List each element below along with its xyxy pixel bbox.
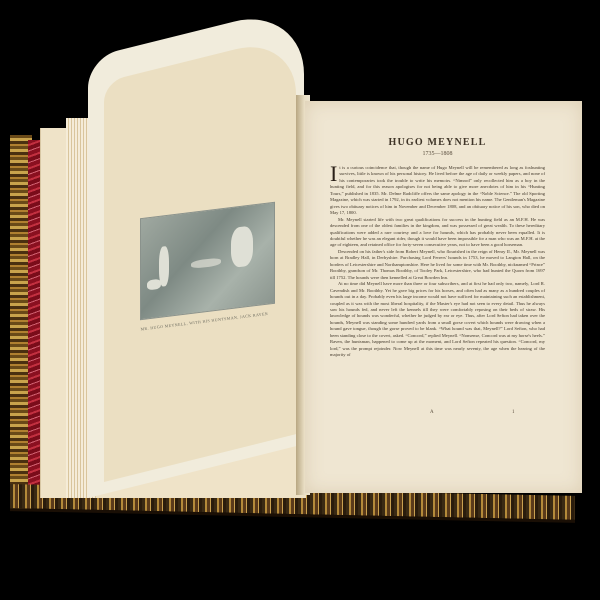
paragraph: Mr. Meynell started life with two great … xyxy=(330,217,545,249)
signature-mark: A xyxy=(430,410,434,415)
paragraph: It is a curious coincidence that, though… xyxy=(330,165,545,217)
illustration-plate xyxy=(140,202,275,321)
right-page-text: HUGO MEYNELL 1735—1808 It is a curious c… xyxy=(330,137,545,359)
figure-hound xyxy=(147,279,161,291)
chapter-dates: 1735—1808 xyxy=(330,151,545,157)
paragraph: Descended on his father's side from Robe… xyxy=(330,249,545,281)
drop-cap: I xyxy=(330,165,337,183)
paragraph: At no time did Meynell have more than th… xyxy=(330,281,545,358)
chapter-title: HUGO MEYNELL xyxy=(330,137,545,148)
figure-fox xyxy=(191,257,221,269)
page-number: 1 xyxy=(512,410,515,415)
figure-seated-man xyxy=(231,225,253,268)
book-photo: Mr. Hugo Meynell, with his Huntsman, Jac… xyxy=(0,0,600,600)
